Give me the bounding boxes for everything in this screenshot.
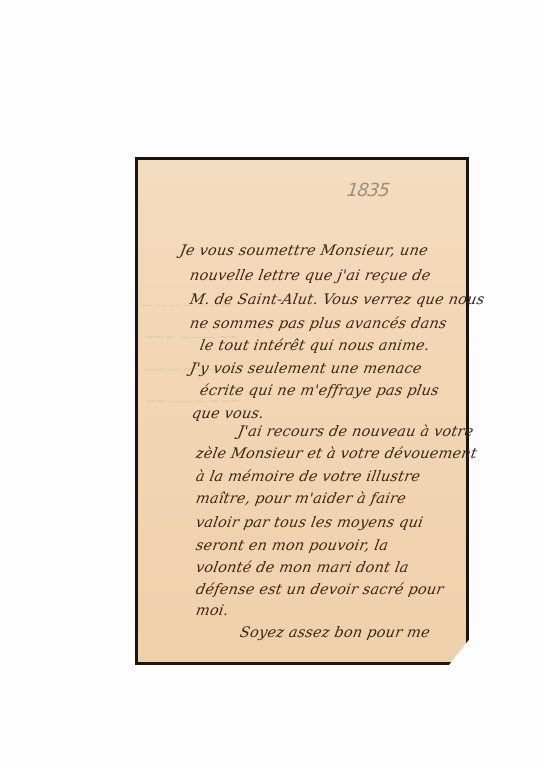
letter-line: J'ai recours de nouveau à votre: [237, 424, 475, 440]
letter-line: moi.: [195, 603, 230, 619]
letter-line: défense est un devoir sacré pour: [195, 582, 445, 598]
letter-line: Je vous soumettre Monsieur, une: [179, 243, 430, 259]
letter-line: nouvelle lettre que j'ai reçue de: [189, 268, 432, 284]
letter-line: J'y vois seulement une menace: [189, 361, 423, 377]
year-annotation: 1835: [346, 180, 391, 201]
letter-line: ne sommes pas plus avancés dans: [189, 316, 448, 332]
letter-line: valoir par tous les moyens qui: [195, 515, 425, 531]
letter-line: seront en mon pouvoir, la: [195, 538, 390, 554]
letter-line: le tout intérêt qui nous anime.: [199, 338, 431, 354]
letter-line: volonté de mon mari dont la: [195, 560, 410, 576]
letter-line: à la mémoire de votre illustre: [195, 469, 422, 485]
letter-line: maître, pour m'aider à faire: [195, 491, 408, 507]
letter-line: M. de Saint-Alut. Vous verrez que nous: [189, 292, 486, 308]
letter-line: Soyez assez bon pour me: [239, 625, 432, 641]
letter-line: écrite qui ne m'effraye pas plus: [199, 383, 441, 399]
letter-line: que vous.: [191, 406, 266, 422]
letter-line: zèle Monsieur et à votre dévouement: [195, 446, 479, 462]
